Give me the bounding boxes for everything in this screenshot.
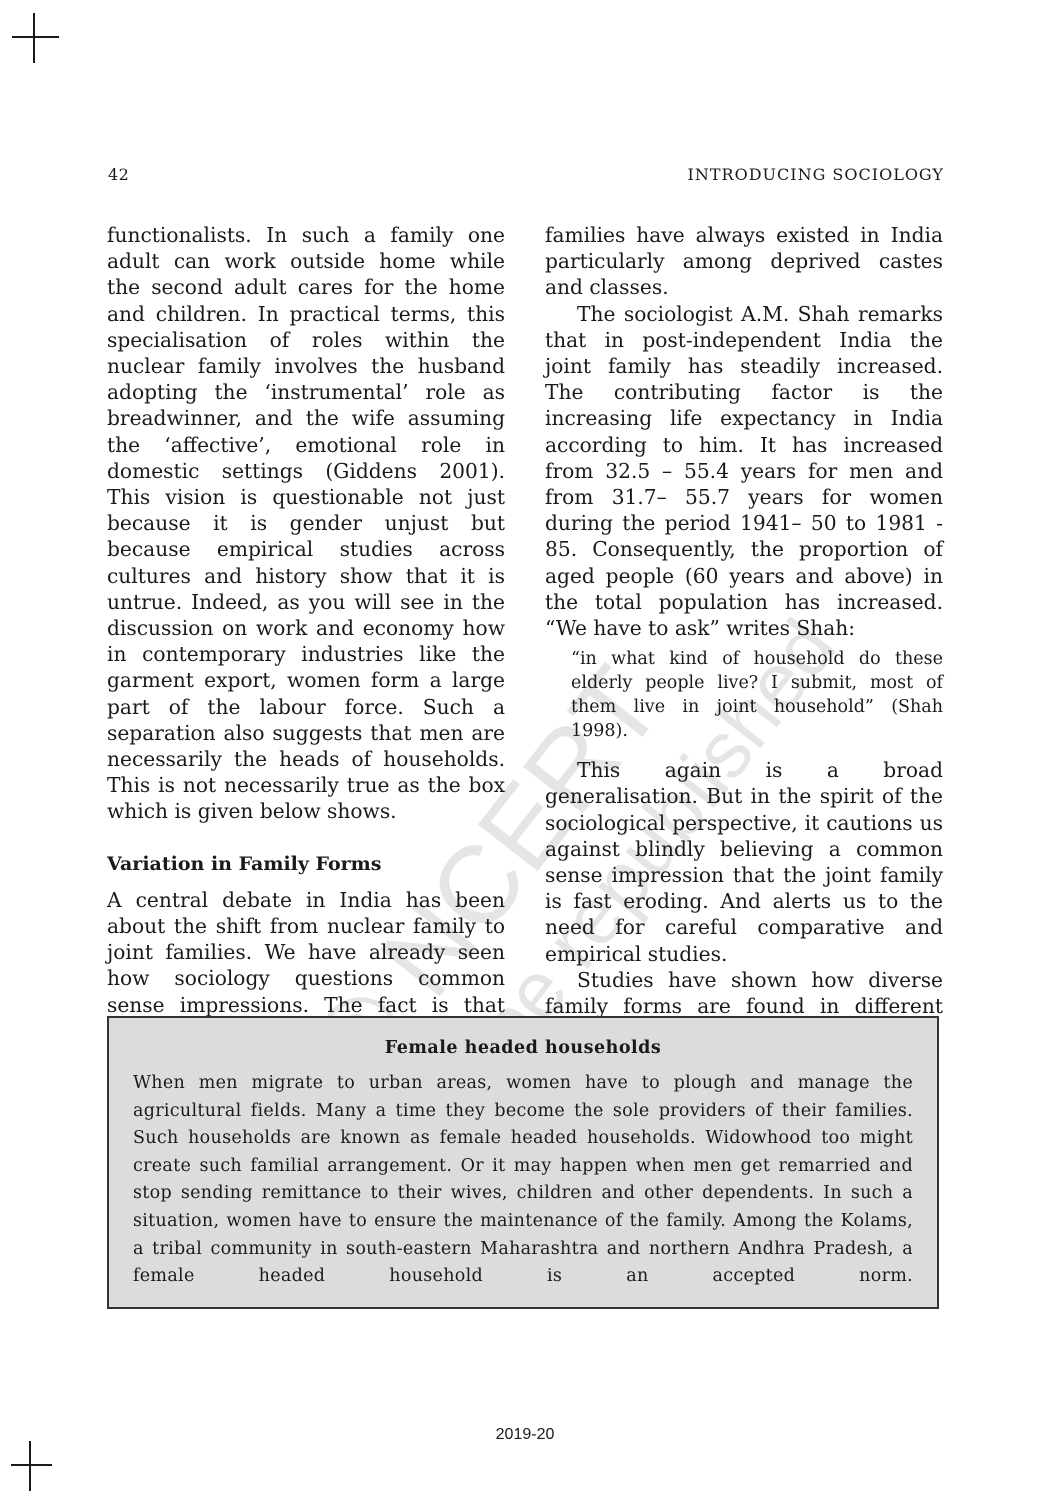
crop-mark-bottom-left-vertical xyxy=(29,1441,31,1491)
left-column: functionalists. In such a family one adu… xyxy=(107,222,505,1044)
page-number: 42 xyxy=(108,165,129,184)
footer-year: 2019-20 xyxy=(0,1426,1050,1444)
body-paragraph: This again is a broad generalisation. Bu… xyxy=(545,757,943,967)
body-paragraph: Studies have shown how diverse family fo… xyxy=(545,967,943,1019)
body-paragraph: functionalists. In such a family one adu… xyxy=(107,222,505,825)
crop-mark-bottom-left-horizontal xyxy=(11,1464,52,1466)
running-head-title: INTRODUCING SOCIOLOGY xyxy=(688,165,944,184)
body-paragraph: The sociologist A.M. Shah remarks that i… xyxy=(545,301,943,642)
block-quote: “in what kind of household do these elde… xyxy=(571,647,943,743)
info-box-title: Female headed households xyxy=(109,1038,937,1058)
right-column: families have always existed in India pa… xyxy=(545,222,943,1019)
section-heading: Variation in Family Forms xyxy=(107,851,505,877)
info-box-body: When men migrate to urban areas, women h… xyxy=(133,1070,913,1291)
info-box: Female headed households When men migrat… xyxy=(107,1016,939,1309)
crop-mark-top-left-horizontal xyxy=(12,36,59,38)
body-paragraph: families have always existed in India pa… xyxy=(545,222,943,301)
crop-mark-top-left-vertical xyxy=(33,13,35,63)
